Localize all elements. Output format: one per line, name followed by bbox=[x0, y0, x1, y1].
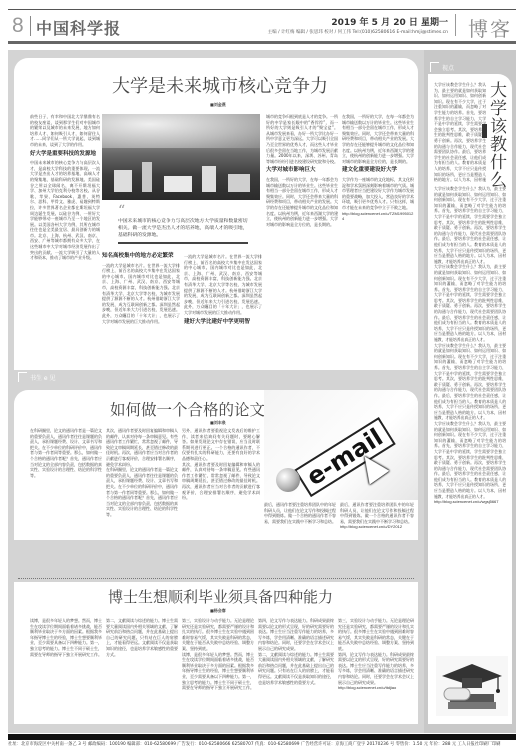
subheading: 建文化重要建设好大学 bbox=[342, 168, 414, 174]
article-body: 城市的竞争归根到底是人才的竞争。一所好的中学是家长眼中的“香饽饽”，而一所好的大… bbox=[266, 114, 338, 164]
article-corresponding-author: 如何做一个合格的论文通讯作者 ■刘丰泉 e-mail 在科研圈里，论文的通讯作者… bbox=[14, 390, 418, 540]
article-column-2: 其次，通讯作者要及时回复编辑和审稿人的邮件，认真对待每一条审稿意见。有些通讯作者… bbox=[106, 428, 178, 536]
article-column-4: 第四，论文写作与表达能力。科研成果最终需要以论文的形式呈现，好的研究需要好的表达… bbox=[258, 618, 334, 720]
article-university-city: 大学是未来城市核心竞争力 ■刘金燕 前些日子，有幸和中国北大学鼎鼎有名的校友座谈… bbox=[14, 58, 418, 370]
campus-aerial-photo bbox=[102, 114, 260, 200]
email-label: e-mail bbox=[294, 417, 396, 497]
source-link[interactable]: http://blog.sciencenet.cn/u/TZM19950124 bbox=[342, 211, 414, 222]
sidebar-what-university-teaches: 大学应该教会学生什么？我认为，最主要的就是如何获取知识、如何运用知识、如何创新知… bbox=[428, 74, 512, 724]
source-link[interactable]: http://blog.sciencenet.cn/u/ttdjiao bbox=[338, 685, 414, 691]
article-byline: ■刘金燕 bbox=[210, 102, 226, 108]
article-tab: 书生 e 见 bbox=[18, 372, 56, 382]
article-byline: ■杨会春 bbox=[210, 608, 226, 614]
sidebar-tab: 视点 bbox=[430, 62, 454, 72]
subheading: 知名高校集中的地方必定繁荣 bbox=[102, 254, 180, 260]
article-byline: ■刘丰泉 bbox=[210, 420, 226, 426]
footer-rule bbox=[8, 734, 516, 740]
article-body: 一流的大学是城市名片。在世界一流大学排行榜上，前百名的高校大多集中在发达国家的中… bbox=[102, 263, 180, 325]
graduation-cap-illustration bbox=[436, 656, 508, 716]
article-body: 一流的大学是城市名片。在世界一流大学排行榜上，前百名的高校大多集中在发达国家的中… bbox=[184, 254, 262, 316]
article-phd-abilities: 博士生想顺利毕业须具备四种能力 ■杨会春 读博，是很多年轻人的梦想。然而，博士生… bbox=[14, 582, 418, 724]
article-body: 在我国，一所好的大学，在每一年都会为城市输送数以万计的毕业生。这些毕业生有相当一… bbox=[342, 114, 414, 164]
section-name: 博客 bbox=[468, 13, 512, 42]
article-column-5: 第三，实验设计与动手能力。无论是理论研究还是实验研究，都需要严谨的设计和扎实的执… bbox=[338, 618, 414, 720]
sidebar-title: 大学该教什么 bbox=[490, 82, 508, 190]
article-lead: 前些日子，有幸和中国北大学鼎鼎有名的校友座谈，谈到那学生们对中国城市的繁荣以及城… bbox=[30, 114, 100, 148]
source-link[interactable]: http://blog.sciencenet.cn/u/wgsj5667 bbox=[434, 499, 506, 505]
article-column-1: 读博，是很多年轻人的梦想。然而，博士生在攻读学位期间面临着诸多挑战，能否顺利毕业… bbox=[30, 618, 102, 720]
article-body: 在我国，一所好的大学，在每一年都会为城市输送数以万计的毕业生。这些毕业生有相当一… bbox=[266, 177, 338, 227]
globe-icon bbox=[276, 468, 300, 492]
article-column-5: 在我国，一所好的大学，在每一年都会为城市输送数以万计的毕业生。这些毕业生有相当一… bbox=[342, 114, 414, 364]
article-column-2: 知名高校集中的地方必定繁荣 一流的大学是城市名片。在世界一流大学排行榜上，前百名… bbox=[102, 250, 180, 365]
source-link[interactable]: http://blog.sciencenet.cn/u/DY2012 bbox=[340, 524, 414, 530]
subheading: 大学对城市影响巨大 bbox=[266, 168, 338, 174]
sidebar-column-body: 大学应该教会学生什么？我认为，最主要的就是如何获取知识、如何运用知识、如何创新知… bbox=[434, 186, 506, 716]
article-column-3: 一流的大学是城市名片。在世界一流大学排行榜上，前百名的高校大多集中在发达国家的中… bbox=[184, 254, 262, 365]
quote-mark-icon: “ bbox=[118, 203, 125, 219]
sidebar-column-top: 大学应该教会学生什么？我认为，最主要的就是如何获取知识、如何运用知识、如何创新知… bbox=[434, 82, 486, 182]
masthead-bottom-rule bbox=[8, 41, 516, 44]
article-column-5: 最后，通讯作者要注重培养团队中的年轻科研人员，让他们在论文写作和投稿过程中得到锻… bbox=[340, 502, 414, 536]
section-tab-icon bbox=[430, 62, 439, 72]
graduation-cap-icon bbox=[436, 656, 508, 716]
article-title: 大学是未来城市核心竞争力 bbox=[112, 72, 328, 98]
pull-quote: “ 中国未来城市的核心竞争力与高层次地方大学质量和数量密切相关。做一流大学是杰出… bbox=[118, 206, 248, 239]
newspaper-logo: 中国科学报 bbox=[36, 16, 121, 39]
footer-info: 社址：北京市海淀区中关村南一条乙 3 号 邮政编码：100190 编辑部：010… bbox=[8, 741, 516, 747]
masthead: 8 中国科学报 2019 年 5 月 20 日 星期一 主编 / 计红梅 编辑 … bbox=[8, 10, 516, 40]
article-column-4: 最后，通讯作者要注重培养团队中的年轻科研人员，让他们在论文写作和投稿过程中得到锻… bbox=[264, 502, 336, 536]
divider bbox=[455, 14, 456, 36]
quote-rule bbox=[118, 242, 248, 244]
page-number: 8 bbox=[12, 14, 24, 38]
subheading: 好大学是重要科技的发源地 bbox=[30, 152, 100, 158]
dotted-divider bbox=[18, 578, 414, 579]
article-column-4: 城市的竞争归根到底是人才的竞争。一所好的中学是家长眼中的“香饽饽”，而一所好的大… bbox=[266, 114, 338, 364]
article-column-1: 在科研圈里，论文的通讯作者是一篇论文的重要负责人，通讯作者往往是课题的负责人，承… bbox=[30, 428, 102, 536]
article-column-1: 前些日子，有幸和中国北大学鼎鼎有名的校友座谈，谈到那学生们对中国城市的繁荣以及城… bbox=[30, 114, 100, 364]
subheading: 建好大学比建好中学更明智 bbox=[184, 320, 262, 326]
issue-date: 2019 年 5 月 20 日 星期一 bbox=[331, 15, 448, 28]
article-column-2: 第二，文献阅读与综述的能力。博士生需要大量阅读国内外相关领域的文献，了解研究前沿… bbox=[106, 618, 178, 720]
editor-credits: 主编 / 计红梅 编辑 / 张思玮 校对 / 何工伟 Tel:(010)6258… bbox=[268, 29, 448, 35]
article-title: 博士生想顺利毕业须具备四种能力 bbox=[108, 586, 333, 607]
article-body: 中国未来城市的核心竞争力与高层次人才，是高校大学科技的重要体现。一流大学是杰出人… bbox=[30, 160, 100, 261]
article-column-3: 第三，实验设计与动手能力。无论是理论研究还是实验研究，都需要严谨的设计和扎实的执… bbox=[182, 618, 254, 720]
sidebar-byline bbox=[482, 124, 487, 138]
email-illustration: e-mail bbox=[264, 390, 418, 500]
article-body: 大学作为一座城市的文化地标，其文化积淀和学术氛围深刻影响着城市的气质。城市管理者… bbox=[342, 177, 414, 211]
divider bbox=[30, 16, 31, 36]
section-tab-icon bbox=[18, 372, 27, 382]
article-column-3: 另外，通讯作者要重视论文发表后的维护工作，读者来信询问有关问题时，要耐心解答。如… bbox=[182, 428, 260, 536]
